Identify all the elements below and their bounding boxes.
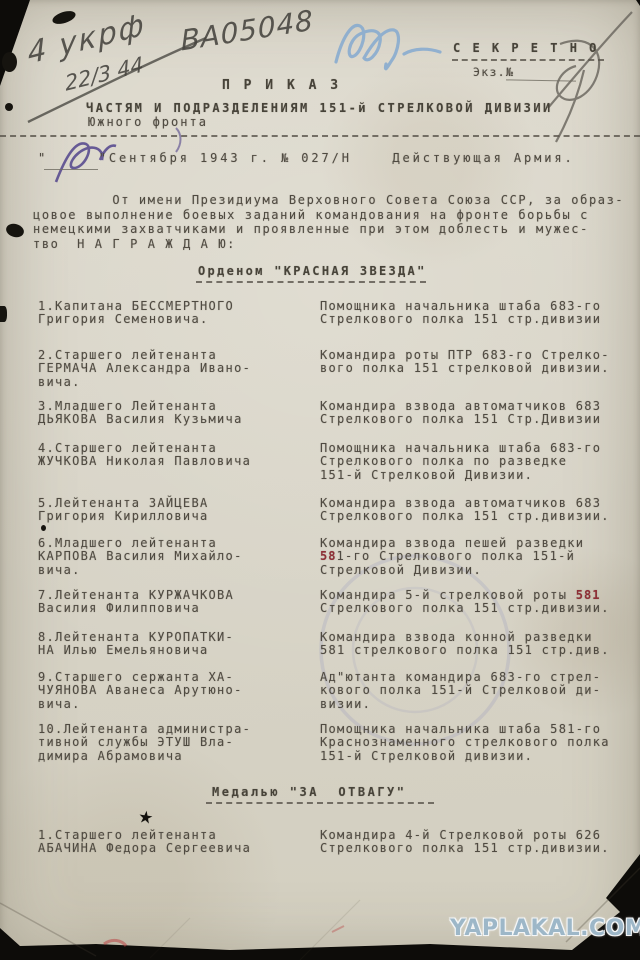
date-line: " "Сентября 1943 г. № 027/Н Действующая … xyxy=(38,152,575,165)
entry-6-position-text2: 1-го Стрелкового полка 151-й Стрелковой … xyxy=(320,549,575,576)
secrecy-stamp: С Е К Р Е Т Н О xyxy=(453,42,599,55)
entry-10-recipient: 10.Лейтенанта администра- тивной службы … xyxy=(38,723,314,763)
entry-9-position: Ад"ютанта командира 683-го стрел- кового… xyxy=(320,671,638,711)
entry-3-recipient: 3.Младшего Лейтенанта ДЬЯКОВА Василия Ку… xyxy=(38,400,314,427)
entry-1-position: Помощника начальника штаба 683-го Стрелк… xyxy=(320,300,638,327)
entry-3-position: Командира взвода автоматчиков 683 Стрелк… xyxy=(320,400,638,427)
entry-5-recipient: 5.Лейтенанта ЗАЙЦЕВА Григория Кириллович… xyxy=(38,497,314,524)
entry-7-position-text: Командира 5-й стрелковой роты xyxy=(320,588,576,602)
award-heading-underline-2 xyxy=(206,802,434,804)
entry-7-position-text2: Стрелкового полка 151 стр.дивизии. xyxy=(320,601,610,615)
medal-entry-1-position: Командира 4-й Стрелковой роты 626 Стрелк… xyxy=(320,829,638,856)
entry-1-recipient: 1.Капитана БЕССМЕРТНОГО Григория Семенов… xyxy=(38,300,314,327)
entry-10-position: Помощника начальника штаба 581-го Красно… xyxy=(320,723,638,763)
entry-7-recipient: 7.Лейтенанта КУРЖАЧКОВА Василия Филиппов… xyxy=(38,589,314,616)
preamble-text: От имени Президиума Верховного Совета Со… xyxy=(33,193,624,251)
entry-9-recipient: 9.Старшего сержанта ХА- ЧУЯНОВА Аванеса … xyxy=(38,671,314,711)
order-title: П Р И К А З xyxy=(222,79,341,92)
front-line: Южного фронта xyxy=(88,116,208,129)
scanned-order-document: 4 укрф 22/3 44 ВА05048 С Е К Р Е Т Н О Э… xyxy=(0,0,640,960)
entry-2-position: Командира роты ПТР 683-го Стрелко- вого … xyxy=(320,349,638,376)
entry-8-position: Командира взвода конной разведки 581 стр… xyxy=(320,631,638,658)
star-shaped-hole: ★ xyxy=(137,807,155,829)
entry-8-recipient: 8.Лейтенанта КУРОПАТКИ- НА Илью Емельяно… xyxy=(38,631,314,658)
site-watermark: YAPLAKAL.COM xyxy=(450,916,640,941)
entry-4-recipient: 4.Старшего лейтенанта ЖУЧКОВА Николая Па… xyxy=(38,442,314,469)
secrecy-underline xyxy=(452,59,604,61)
entry-7-position: Командира 5-й стрелковой роты 581 Стрелк… xyxy=(320,589,638,616)
order-addressee: ЧАСТЯМ И ПОДРАЗДЕЛЕНИЯМ 151-й СТРЕЛКОВОЙ… xyxy=(86,102,640,115)
entry-5-position: Командира взвода автоматчиков 683 Стрелк… xyxy=(320,497,638,524)
entry-6-position-text: Командира взвода пешей разведки xyxy=(320,536,584,550)
punch-hole xyxy=(5,103,13,111)
date-blank-underline xyxy=(44,169,98,170)
entry-6-recipient: 6.Младшего лейтенанта КАРПОВА Василия Ми… xyxy=(38,537,314,577)
entry-2-recipient: 2.Старшего лейтенанта ГЕРМАЧА Александра… xyxy=(38,349,314,389)
entry-4-position: Помощника начальника штаба 683-го Стрелк… xyxy=(320,442,638,482)
edge-notch xyxy=(0,306,7,322)
small-hole xyxy=(41,525,46,531)
entry-6-position: Командира взвода пешей разведки 581-го С… xyxy=(320,537,638,577)
award-heading-underline-1 xyxy=(196,281,426,283)
award-heading-red-star: Орденом "КРАСНАЯ ЗВЕЗДА" xyxy=(198,265,427,278)
edge-blot xyxy=(2,52,17,72)
copy-number-label: Экз.№ xyxy=(473,66,514,79)
award-heading-medal-za-otvagu: Медалью "ЗА ОТВАГУ" xyxy=(212,786,407,799)
medal-entry-1-recipient: 1.Старшего лейтенанта АБАЧИНА Федора Сер… xyxy=(38,829,314,856)
entry-6-red-correction: 58 xyxy=(320,549,336,563)
entry-7-red-correction: 581 xyxy=(576,588,601,602)
header-rule xyxy=(0,135,640,137)
